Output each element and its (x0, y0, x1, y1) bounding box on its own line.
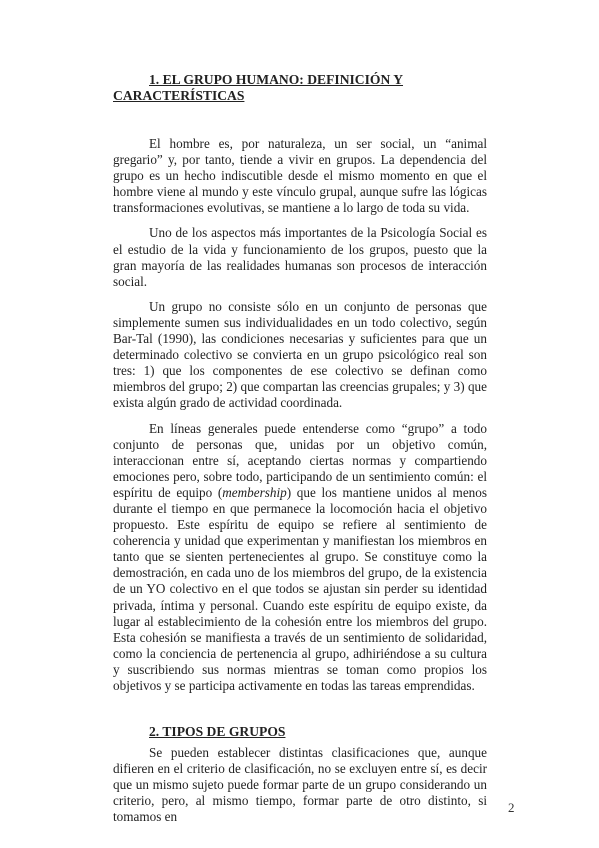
paragraph: Uno de los aspectos más importantes de l… (113, 225, 487, 289)
document-page: 1. EL GRUPO HUMANO: DEFINICIÓN Y CARACTE… (113, 72, 487, 835)
paragraph-membership: En líneas generales puede entenderse com… (113, 421, 487, 695)
paragraph: Un grupo no consiste sólo en un conjunto… (113, 299, 487, 412)
paragraph-text: ) que los mantiene unidos al menos duran… (113, 485, 487, 693)
paragraph: El hombre es, por naturaleza, un ser soc… (113, 136, 487, 216)
membership-term: membership (222, 485, 286, 500)
section-1-heading: 1. EL GRUPO HUMANO: DEFINICIÓN Y CARACTE… (113, 72, 487, 104)
section-2-heading: 2. TIPOS DE GRUPOS (113, 724, 487, 740)
page-number: 2 (508, 800, 515, 816)
paragraph: Se pueden establecer distintas clasifica… (113, 745, 487, 825)
